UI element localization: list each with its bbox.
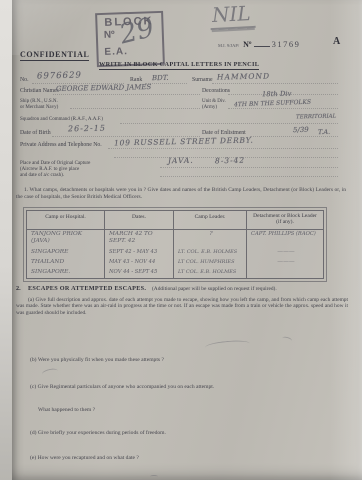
question-1: 1. What camps, detachments or hospitals …: [16, 187, 346, 200]
instruction-line: WRITE IN BLOCK CAPITAL LETTERS IN PENCIL: [99, 61, 259, 70]
surname-value: HAMMOND: [217, 71, 270, 81]
table-row-4-camp: SINGAPORE.: [27, 268, 105, 278]
address-label: Private Address and Telephone No.: [20, 142, 102, 148]
table-row-1-camp: TANJONG PRIOK (JAVA): [27, 230, 105, 248]
block-number-stamp: BLOCK Nº E.A. 29: [95, 11, 165, 67]
capture-date-value: 8-3-42: [215, 156, 245, 166]
table-row-2-camp: SINGAPORE: [27, 248, 105, 258]
capture-place-value: JAVA.: [168, 156, 194, 166]
ship-label-line2: or Merchant Navy): [20, 105, 58, 110]
question-2b: (b) Were you physically fit when you mad…: [30, 357, 330, 363]
surname-label: Surname: [192, 77, 213, 83]
section2-number: 2.: [16, 285, 21, 292]
rank-value: BDT.: [152, 74, 169, 82]
dob-label: Date of Birth: [20, 130, 51, 136]
question-2e: (e) How were you recaptured and on what …: [30, 455, 330, 461]
capture-label-line3: and date of a/c crash).: [20, 173, 64, 178]
ref-series-letter: A: [333, 36, 340, 47]
question-2c-followup: What happened to them ?: [38, 407, 238, 413]
section2-note: (Additional paper will be supplied on re…: [152, 286, 277, 292]
table-row-2-dates: SEPT 42 - MAY 43: [105, 248, 174, 258]
table-header-leader: Camp Leader.: [174, 211, 247, 230]
decorations-label: Decorations: [202, 88, 230, 94]
confidential-marking: CONFIDENTIAL: [20, 50, 89, 61]
capture-label-line2: (Aircrew R.A.F. to give place: [20, 167, 79, 172]
table-header-detachment: Detachment or Block Leader (if any).: [247, 211, 323, 230]
ref-number: 31769: [272, 39, 301, 49]
table-row-3-camp: THAILAND: [27, 258, 105, 268]
section2-title: ESCAPES OR ATTEMPTED ESCAPES.: [28, 285, 146, 292]
service-no-label: No.: [20, 77, 29, 83]
question-2d: (d) Give briefly your experiences during…: [30, 430, 330, 436]
reference-number-line: M.I. 9/JAP/ Nº 31769: [218, 39, 300, 49]
table-row-3-leader: LT COL. HUMPHRIES: [174, 258, 247, 268]
table-row-1-dates: MARCH 42 TO SEPT. 42: [105, 230, 174, 248]
table-row-2-leader: LT. COL. E.B. HOLMES: [174, 248, 247, 258]
table-row-2-detachment: ———: [247, 248, 323, 258]
rank-label: Rank: [130, 77, 142, 83]
table-header-camp: Camp or Hospital.: [27, 211, 105, 230]
squadron-label: Squadron and Command (R.A.F., A.A.F.): [20, 117, 103, 122]
unit-div-label-line1: Unit & Div.: [202, 99, 226, 104]
squadron-value: TERRITORIAL: [296, 114, 336, 121]
camps-table: Camp or Hospital. Dates. Camp Leader. De…: [26, 210, 324, 279]
capture-label-line1: Place and Date of Original Capture: [20, 161, 90, 166]
table-row-4-leader: LT COL. E.B. HOLMES: [174, 268, 247, 278]
unit-div-label-line2: (Army): [202, 105, 217, 110]
ref-no-label: Nº: [243, 40, 251, 49]
question-2c: (c) Give Regimental particulars of anyon…: [30, 384, 330, 390]
table-row-4-dates: NOV 44 - SEPT 45: [105, 268, 174, 278]
table-row-3-dates: MAY 43 - NOV 44: [105, 258, 174, 268]
service-no-value: 6976629: [37, 71, 82, 82]
table-row-1-leader: ?: [174, 230, 247, 248]
question-2a: (a) Give full description and approx. da…: [16, 297, 348, 316]
enlistment-date-value: 5/39: [293, 126, 309, 134]
ref-dash: [254, 46, 270, 47]
dob-value: 26-2-15: [68, 124, 106, 134]
stamp-handwritten-number: 29: [116, 12, 157, 50]
table-row-4-detachment: [247, 268, 323, 278]
table-row-3-detachment: ———: [247, 258, 323, 268]
unit-div-value-line1: 18th Div: [262, 90, 292, 99]
stamp-no-label: Nº: [104, 30, 115, 41]
table-row-1-detachment: CAPT. PHILLIPS (RAOC): [247, 230, 323, 248]
ref-prefix: M.I. 9/JAP/: [218, 43, 239, 48]
nil-annotation: NIL: [209, 1, 255, 30]
table-header-dates: Dates.: [105, 211, 174, 230]
enlistment-note-value: T.A.: [318, 128, 330, 136]
